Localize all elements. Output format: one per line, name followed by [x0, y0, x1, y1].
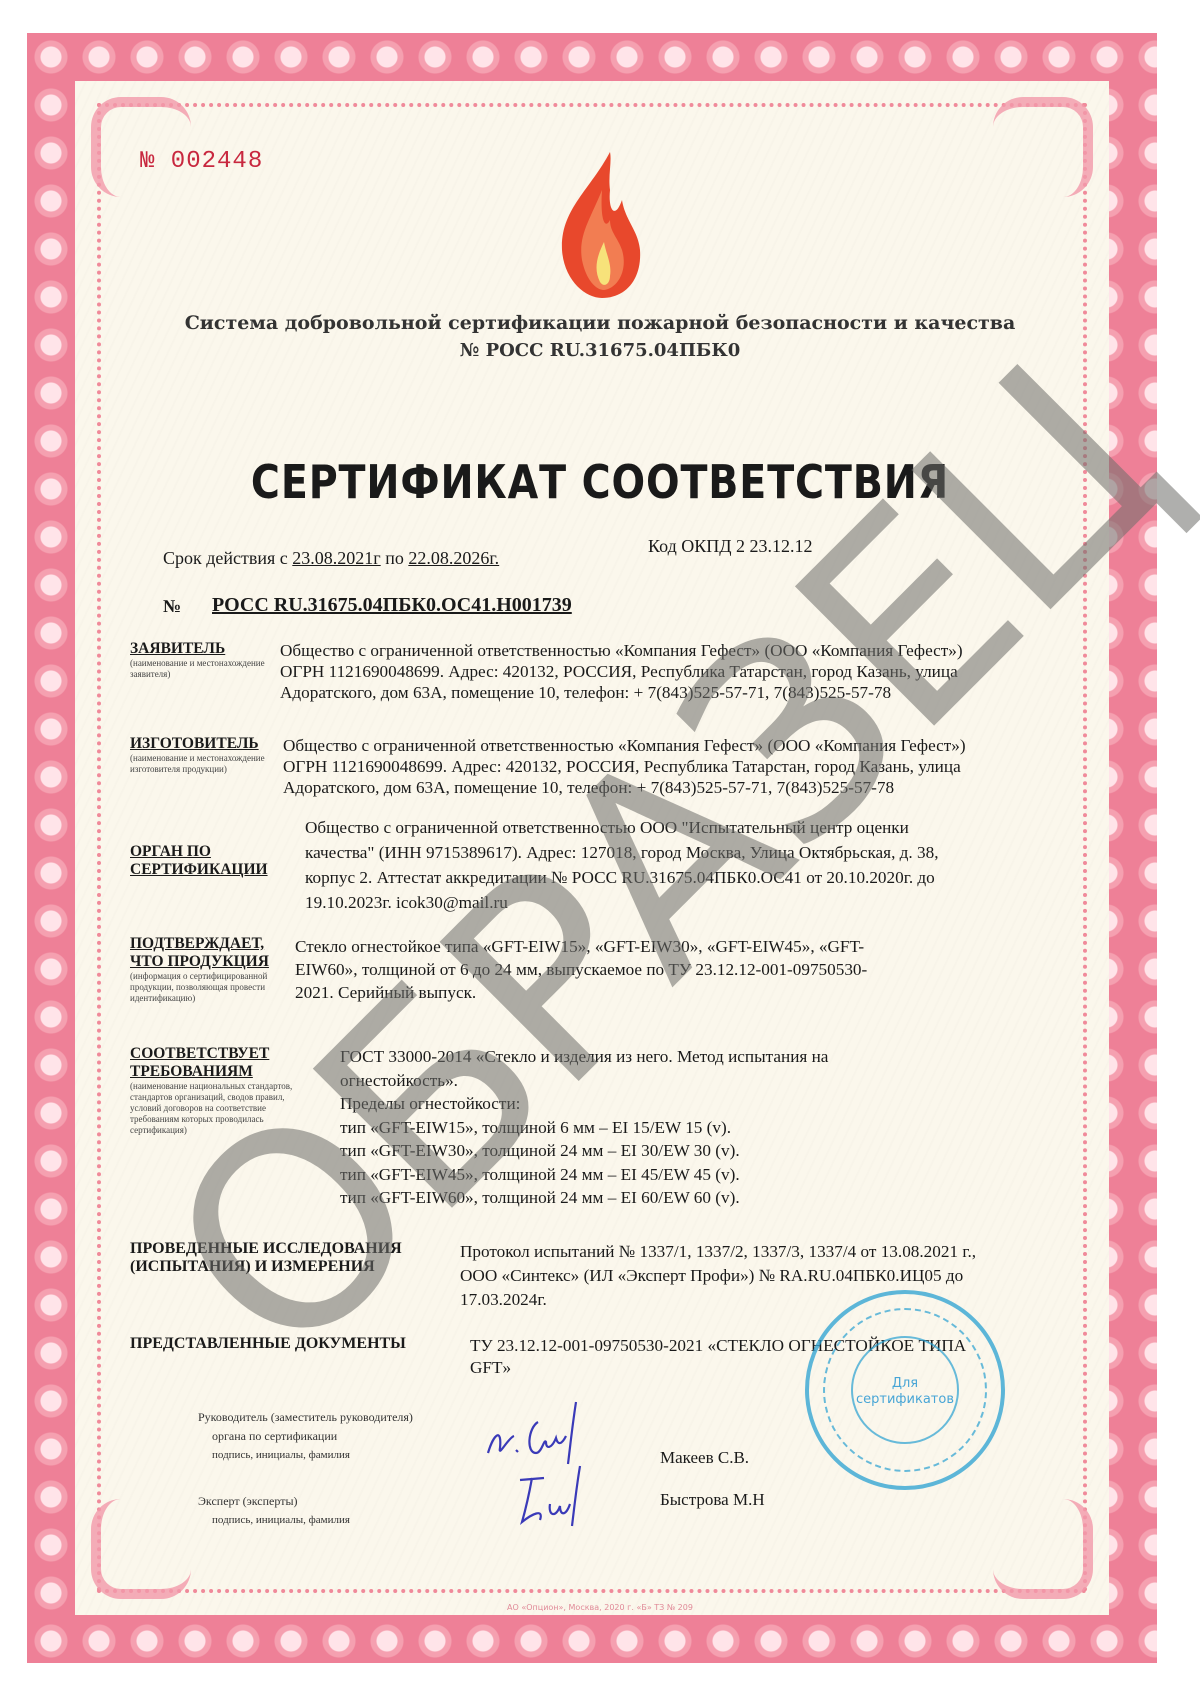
okpd-code: Код ОКПД 2 23.12.12: [648, 536, 813, 557]
fire-resistance-line: тип «GFT-EIW30», толщиной 24 мм – EI 30/…: [340, 1139, 1090, 1163]
valid-to-date: 22.08.2026г.: [408, 548, 499, 568]
applicant-line: Общество с ограниченной ответственностью…: [280, 640, 1090, 661]
applicant-heading: ЗАЯВИТЕЛЬ: [130, 640, 285, 658]
certification-body-heading: СЕРТИФИКАЦИИ: [130, 861, 285, 879]
requirements-sublabel: (наименование национальных стандартов, с…: [130, 1081, 300, 1136]
serial-number: № 002448: [140, 148, 263, 175]
requirements-line: огнестойкость».: [340, 1069, 1090, 1093]
tests-heading: ПРОВЕДЕННЫЕ ИССЛЕДОВАНИЯ: [130, 1240, 450, 1258]
certification-body-line: корпус 2. Аттестат аккредитации № РОСС R…: [305, 865, 1090, 890]
product-line: EIW60», толщиной от 6 до 24 мм, выпускае…: [295, 958, 1090, 981]
stamp-text: Для: [809, 1376, 1001, 1392]
expert-name: Быстрова М.Н: [660, 1490, 765, 1510]
manufacturer-heading: ИЗГОТОВИТЕЛЬ: [130, 735, 285, 753]
validity-period: Срок действия с 23.08.2021г по 22.08.202…: [163, 548, 499, 569]
certification-body-line: качества" (ИНН 9715389617). Адрес: 12701…: [305, 840, 1090, 865]
fire-resistance-line: тип «GFT-EIW15», толщиной 6 мм – EI 15/E…: [340, 1116, 1090, 1140]
expert-signature: [510, 1460, 590, 1530]
stamp-text: сертификатов: [809, 1392, 1001, 1408]
fire-resistance-line: тип «GFT-EIW45», толщиной 24 мм – EI 45/…: [340, 1163, 1090, 1187]
head-name: Макеев С.В.: [660, 1448, 749, 1468]
validity-prefix: Срок действия с: [163, 548, 292, 568]
applicant-sublabel: (наименование и местонахождение заявител…: [130, 658, 285, 680]
printer-footer: АО «Опцион», Москва, 2020 г. «Б» ТЗ № 20…: [0, 1603, 1200, 1612]
corner-ornament: [91, 97, 191, 197]
corner-ornament: [91, 1499, 191, 1599]
certification-body-line: Общество с ограниченной ответственностью…: [305, 815, 1090, 840]
documents-heading: ПРЕДСТАВЛЕННЫЕ ДОКУМЕНТЫ: [130, 1335, 450, 1353]
tests-line: ООО «Синтекс» (ИЛ «Эксперт Профи») № RA.…: [460, 1264, 1090, 1288]
requirements-heading: СООТВЕТСТВУЕТ: [130, 1045, 285, 1063]
valid-from-date: 23.08.2021г: [292, 548, 380, 568]
expert-signature-label: Эксперт (эксперты) подпись, инициалы, фа…: [198, 1492, 350, 1530]
validity-middle: по: [381, 548, 409, 568]
certification-body-line: 19.10.2023г. icok30@mail.ru: [305, 890, 1090, 915]
product-line: Стекло огнестойкое типа «GFT-EIW15», «GF…: [295, 935, 1090, 958]
requirements-line: Пределы огнестойкости:: [340, 1092, 1090, 1116]
signature-label-line: Руководитель (заместитель руководителя): [198, 1408, 413, 1427]
certificate-number: РОСС RU.31675.04ПБК0.ОС41.Н001739: [212, 594, 572, 617]
certificate-number-label: №: [163, 596, 181, 617]
corner-ornament: [993, 1499, 1093, 1599]
head-signature-label: Руководитель (заместитель руководителя) …: [198, 1408, 413, 1465]
tests-line: Протокол испытаний № 1337/1, 1337/2, 133…: [460, 1240, 1090, 1264]
requirements-heading: ТРЕБОВАНИЯМ: [130, 1063, 285, 1081]
signature-label-line: подпись, инициалы, фамилия: [198, 1511, 350, 1530]
certification-body-heading: ОРГАН ПО: [130, 843, 285, 861]
signature-label-line: Эксперт (эксперты): [198, 1492, 350, 1511]
flame-icon: [550, 150, 650, 300]
fire-resistance-line: тип «GFT-EIW60», толщиной 24 мм – EI 60/…: [340, 1186, 1090, 1210]
manufacturer-sublabel: (наименование и местонахождение изготови…: [130, 753, 285, 775]
certification-system-number: № РОСС RU.31675.04ПБК0: [0, 340, 1200, 361]
tests-heading: (ИСПЫТАНИЯ) И ИЗМЕРЕНИЯ: [130, 1258, 450, 1276]
head-signature: [480, 1398, 590, 1468]
product-heading: ЧТО ПРОДУКЦИЯ: [130, 953, 285, 971]
manufacturer-line: ОГРН 1121690048699. Адрес: 420132, РОССИ…: [283, 756, 1090, 777]
applicant-line: ОГРН 1121690048699. Адрес: 420132, РОССИ…: [280, 661, 1090, 682]
corner-ornament: [993, 97, 1093, 197]
manufacturer-line: Общество с ограниченной ответственностью…: [283, 735, 1090, 756]
signature-label-line: подпись, инициалы, фамилия: [198, 1446, 413, 1465]
product-line: 2021. Серийный выпуск.: [295, 981, 1090, 1004]
product-heading: ПОДТВЕРЖДАЕТ,: [130, 935, 285, 953]
tests-line: 17.03.2024г.: [460, 1288, 1090, 1312]
requirements-line: ГОСТ 33000-2014 «Стекло и изделия из нег…: [340, 1045, 1090, 1069]
manufacturer-line: Адоратского, дом 63А, помещение 10, теле…: [283, 777, 1090, 798]
applicant-line: Адоратского, дом 63А, помещение 10, теле…: [280, 682, 1090, 703]
product-sublabel: (информация о сертифицированной продукци…: [130, 971, 270, 1004]
document-title: СЕРТИФИКАТ СООТВЕТСТВИЯ: [84, 455, 1116, 509]
certification-system-name: Система добровольной сертификации пожарн…: [0, 312, 1200, 334]
certification-stamp: Длясертификатов: [805, 1290, 1005, 1490]
signature-label-line: органа по сертификации: [198, 1427, 413, 1446]
